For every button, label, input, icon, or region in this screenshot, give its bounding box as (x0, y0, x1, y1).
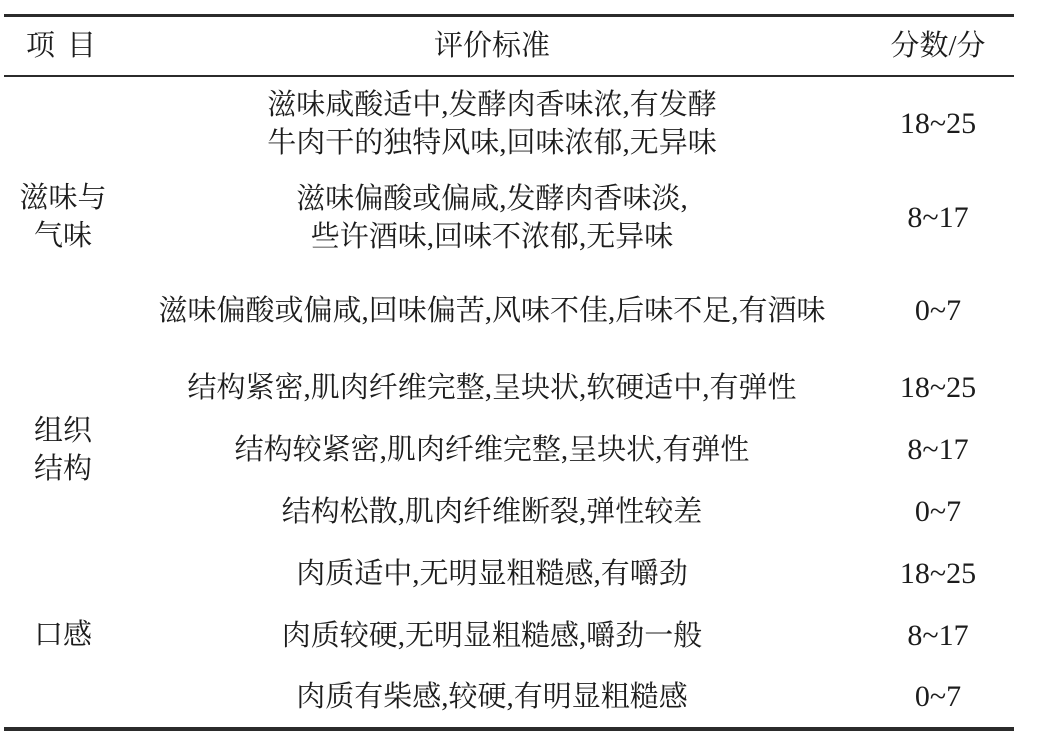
group-label-line: 结构 (34, 450, 92, 488)
criteria-cell: 肉质适中,无明显粗糙感,有嚼劲 (122, 543, 862, 605)
group-label-taste-and-smell: 滋味与 气味 (4, 77, 122, 357)
score-cell: 0~7 (862, 481, 1014, 543)
group-label-line: 气味 (34, 217, 92, 255)
table-bottom-rule (4, 727, 1014, 731)
group-label-mouthfeel: 口感 (4, 543, 122, 727)
criteria-cell: 结构紧密,肌肉纤维完整,呈块状,软硬适中,有弹性 (122, 357, 862, 419)
score-cell: 8~17 (862, 419, 1014, 481)
group-label-texture-structure: 组织 结构 (4, 357, 122, 543)
score-cell: 0~7 (862, 265, 1014, 357)
column-header-score: 分数/分 (862, 29, 1014, 64)
column-header-criteria: 评价标准 (122, 29, 862, 64)
column-header-item: 项目 (4, 29, 122, 64)
score-cell: 8~17 (862, 605, 1014, 667)
table-header-row: 项目 评价标准 分数/分 (4, 17, 1014, 75)
group-label-line: 滋味与 (19, 179, 106, 217)
score-cell: 18~25 (862, 77, 1014, 171)
score-cell: 18~25 (862, 357, 1014, 419)
group-label-line: 口感 (34, 616, 92, 654)
criteria-cell: 滋味偏酸或偏咸,发酵肉香味淡,些许酒味,回味不浓郁,无异味 (122, 171, 862, 265)
criteria-cell: 结构松散,肌肉纤维断裂,弹性较差 (122, 481, 862, 543)
score-cell: 18~25 (862, 543, 1014, 605)
criteria-cell: 结构较紧密,肌肉纤维完整,呈块状,有弹性 (122, 419, 862, 481)
score-cell: 8~17 (862, 171, 1014, 265)
score-cell: 0~7 (862, 667, 1014, 727)
criteria-cell: 滋味偏酸或偏咸,回味偏苦,风味不佳,后味不足,有酒味 (122, 265, 862, 357)
criteria-cell: 滋味咸酸适中,发酵肉香味浓,有发酵牛肉干的独特风味,回味浓郁,无异味 (122, 77, 862, 171)
criteria-cell: 肉质有柴感,较硬,有明显粗糙感 (122, 667, 862, 727)
evaluation-criteria-table: 项目 评价标准 分数/分 滋味与 气味 滋味咸酸适中,发酵肉香味浓,有发酵牛肉干… (4, 14, 1014, 731)
table-body: 滋味与 气味 滋味咸酸适中,发酵肉香味浓,有发酵牛肉干的独特风味,回味浓郁,无异… (4, 77, 1014, 727)
criteria-cell: 肉质较硬,无明显粗糙感,嚼劲一般 (122, 605, 862, 667)
group-label-line: 组织 (34, 412, 92, 450)
page: 项目 评价标准 分数/分 滋味与 气味 滋味咸酸适中,发酵肉香味浓,有发酵牛肉干… (0, 0, 1053, 741)
